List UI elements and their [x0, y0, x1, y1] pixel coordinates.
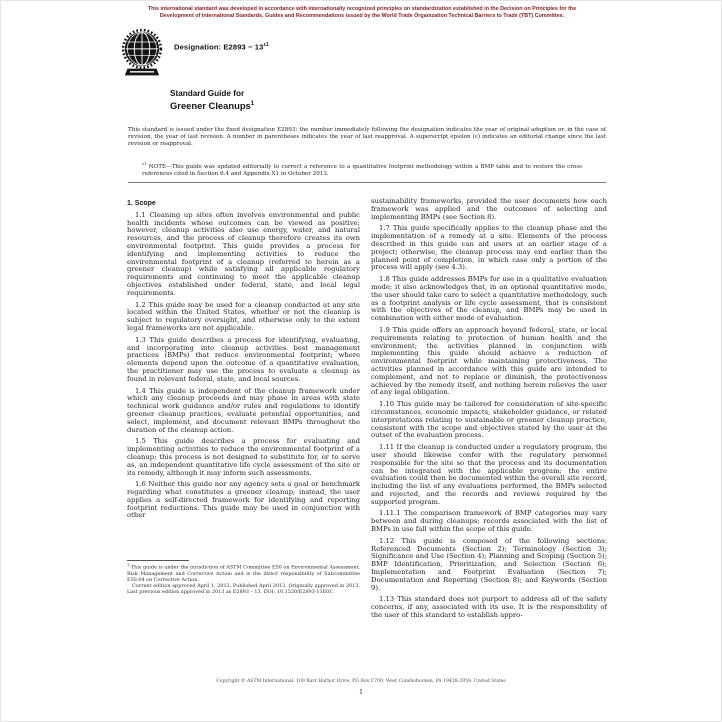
- paragraph-1-8: 1.8 This guide addresses BMPs for use in…: [371, 276, 607, 323]
- header-divider: [128, 182, 606, 183]
- page-number: 1: [0, 689, 722, 696]
- paragraph-1-13: 1.13 This standard does not purport to a…: [371, 596, 607, 619]
- title-line-1: Standard Guide for: [170, 89, 254, 99]
- paragraph-1-11: 1.11 If the cleanup is conducted under a…: [371, 444, 607, 506]
- designation-text: Designation: E2893 − 13: [174, 43, 263, 52]
- body-column-left: 1. Scope 1.1 Cleaning up sites often inv…: [127, 200, 360, 524]
- scope-heading: 1. Scope: [127, 200, 360, 208]
- paragraph-1-10: 1.10 This guide may be tailored for cons…: [371, 401, 607, 440]
- issued-boilerplate: This standard is issued under the fixed …: [128, 127, 606, 148]
- copyright-footer: Copyright © ASTM International, 100 Barr…: [110, 679, 612, 684]
- footnote-jurisdiction: 1 This guide is under the jurisdiction o…: [127, 563, 360, 583]
- paragraph-1-4: 1.4 This guide is independent of the cle…: [127, 388, 360, 435]
- body-column-right: sustainability frameworks, provided the …: [371, 198, 607, 624]
- paragraph-1-5: 1.5 This guide describes a process for e…: [127, 438, 360, 477]
- astm-logo-icon: [118, 27, 166, 81]
- paragraph-1-12: 1.12 This guide is composed of the follo…: [371, 538, 607, 593]
- editorial-note: ε1 NOTE—This guide was updated editorial…: [142, 160, 582, 178]
- paragraph-1-9: 1.9 This guide offers an approach beyond…: [371, 327, 607, 397]
- watermark-line-2: Development of International Standards, …: [88, 13, 636, 20]
- paragraph-1-3: 1.3 This guide describes a process for i…: [127, 337, 360, 384]
- title-line-2: Greener Cleanups1: [170, 99, 254, 112]
- wto-watermark: This international standard was develope…: [88, 6, 636, 19]
- paragraph-1-6: 1.6 Neither this guide nor any agency se…: [127, 481, 360, 520]
- paragraph-1-6-continued: sustainability frameworks, provided the …: [371, 198, 607, 221]
- footnote-block: 1 This guide is under the jurisdiction o…: [127, 560, 360, 595]
- footnote-edition: Current edition approved April 1, 2013. …: [127, 584, 360, 596]
- footnote-divider: [127, 560, 189, 561]
- paragraph-1-11-1: 1.11.1 The comparison framework of BMP c…: [371, 510, 607, 533]
- paragraph-1-7: 1.7 This guide specifically applies to t…: [371, 225, 607, 272]
- document-title: Standard Guide for Greener Cleanups1: [170, 89, 254, 112]
- designation-epsilon: ε1: [263, 42, 268, 48]
- paragraph-1-1: 1.1 Cleaning up sites often involves env…: [127, 212, 360, 298]
- astm-standard-page: This international standard was develope…: [0, 0, 722, 722]
- paragraph-1-2: 1.2 This guide may be used for a cleanup…: [127, 302, 360, 333]
- designation: Designation: E2893 − 13ε1: [174, 42, 269, 52]
- watermark-line-1: This international standard was develope…: [88, 6, 636, 13]
- title-footnote-marker: 1: [251, 101, 254, 107]
- note-text: NOTE—This guide was updated editorially …: [142, 164, 582, 177]
